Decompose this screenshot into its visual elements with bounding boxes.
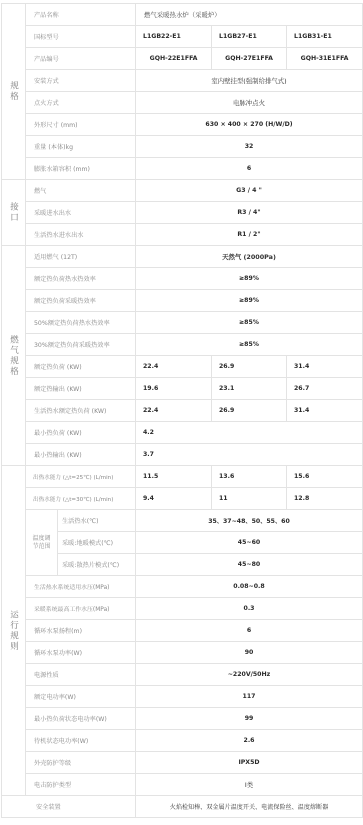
row-label: 国标型号: [26, 26, 136, 48]
row-label: 燃气: [26, 180, 136, 202]
row-value: 2.6: [136, 730, 363, 752]
table-row: 生活热水进水出水 R1 / 2": [2, 224, 363, 246]
row-label: 点火方式: [26, 92, 136, 114]
row-label: 生活热水额定热负荷 (KW): [26, 400, 136, 422]
row-value: R3 / 4": [136, 202, 363, 224]
row-value: 0.08~0.8: [136, 576, 363, 598]
table-row: 采暖进水出水 R3 / 4": [2, 202, 363, 224]
row-label: 电击防护类型: [26, 774, 136, 796]
row-value: I类: [136, 774, 363, 796]
row-value: 117: [136, 686, 363, 708]
group-interface: 接口: [2, 180, 26, 246]
row-value: 35、37~48、50、55、60: [136, 510, 363, 532]
table-row: 额定热负荷 (KW) 22.4 26.9 31.4: [2, 356, 363, 378]
row-value: 9.4: [136, 488, 212, 510]
row-label: 采暖:散热片模式(℃): [58, 554, 136, 576]
group-operation: 运行规则: [2, 466, 26, 796]
row-label: 额定热负荷 (KW): [26, 356, 136, 378]
group-gas-spec: 燃气规格: [2, 246, 26, 466]
row-label: 额定热负荷热水热效率: [26, 268, 136, 290]
row-value: 26.9: [212, 356, 287, 378]
table-row: 燃气规格 适用燃气 (12T) 天然气 (2000Pa): [2, 246, 363, 268]
row-label: 重量 (本体)kg: [26, 136, 136, 158]
row-value: 90: [136, 642, 363, 664]
table-row: 采暖系统最高工作水压(MPa) 0.3: [2, 598, 363, 620]
row-value: 19.6: [136, 378, 212, 400]
row-value: 45~80: [136, 554, 363, 576]
row-value: 26.9: [212, 400, 287, 422]
table-row: 膨胀水箱容积 (mm) 6: [2, 158, 363, 180]
row-value: 32: [136, 136, 363, 158]
table-row: 额定热负荷热水热效率 ≥89%: [2, 268, 363, 290]
row-label: 最小热输出 (KW): [26, 444, 136, 466]
row-value: 22.4: [136, 356, 212, 378]
row-value: GQH-27E1FFA: [212, 48, 287, 70]
row-label: 生活热水(℃): [58, 510, 136, 532]
table-row: 生活热水系统适用水压(MPa) 0.08~0.8: [2, 576, 363, 598]
table-row: 50%额定热负荷热水热效率 ≥85%: [2, 312, 363, 334]
row-value: 3.7: [136, 444, 363, 466]
row-label: 50%额定热负荷热水热效率: [26, 312, 136, 334]
row-label: 电源性质: [26, 664, 136, 686]
table-row: 规格 产品名称 燃气采暖热水炉（采暖炉）: [2, 4, 363, 26]
table-row: 额定电功率(W) 117: [2, 686, 363, 708]
table-row: 重量 (本体)kg 32: [2, 136, 363, 158]
row-label: 外壳防护等级: [26, 752, 136, 774]
row-label: 膨胀水箱容积 (mm): [26, 158, 136, 180]
table-row: 安装方式 室内壁挂型(强制给排气式): [2, 70, 363, 92]
row-label: 出热水能力 (△t=30℃) (L/min): [26, 488, 136, 510]
row-value: 630 × 400 × 270 (H/W/D): [136, 114, 363, 136]
row-label: 生活热水系统适用水压(MPa): [26, 576, 136, 598]
table-row: 30%额定热负荷采暖热效率 ≥85%: [2, 334, 363, 356]
row-value: 天然气 (2000Pa): [136, 246, 363, 268]
row-label: 安装方式: [26, 70, 136, 92]
row-value: 15.6: [287, 466, 363, 488]
row-label: 产品编号: [26, 48, 136, 70]
row-value: 电脉冲点火: [136, 92, 363, 114]
row-label: 额定热输出 (KW): [26, 378, 136, 400]
row-value: 99: [136, 708, 363, 730]
row-value: GQH-31E1FFA: [287, 48, 363, 70]
row-label: 循环水泵扬程(m): [26, 620, 136, 642]
row-label: 产品名称: [26, 4, 136, 26]
table-row: 点火方式 电脉冲点火: [2, 92, 363, 114]
row-value: 室内壁挂型(强制给排气式): [136, 70, 363, 92]
row-value: 6: [136, 158, 363, 180]
row-value: L1GB22-E1: [136, 26, 212, 48]
table-row: 接口 燃气 G3 / 4 ": [2, 180, 363, 202]
table-row: 最小热输出 (KW) 3.7: [2, 444, 363, 466]
row-value: 燃气采暖热水炉（采暖炉）: [136, 4, 363, 26]
row-label: 30%额定热负荷采暖热效率: [26, 334, 136, 356]
row-value: G3 / 4 ": [136, 180, 363, 202]
row-value: R1 / 2": [136, 224, 363, 246]
row-value: 11.5: [136, 466, 212, 488]
row-label: 额定电功率(W): [26, 686, 136, 708]
table-row: 运行规则 出热水能力 (△t=25℃) (L/min) 11.5 13.6 15…: [2, 466, 363, 488]
row-label: 最小热负荷状态电功率(W): [26, 708, 136, 730]
row-label: 采暖系统最高工作水压(MPa): [26, 598, 136, 620]
row-label: 外形尺寸 (mm): [26, 114, 136, 136]
table-row: 外壳防护等级 IPX5D: [2, 752, 363, 774]
spec-table: 规格 产品名称 燃气采暖热水炉（采暖炉） 国标型号 L1GB22-E1 L1GB…: [1, 3, 363, 818]
row-value: 4.2: [136, 422, 363, 444]
table-row: 循环水泵扬程(m) 6: [2, 620, 363, 642]
table-row: 电击防护类型 I类: [2, 774, 363, 796]
row-value: L1GB27-E1: [212, 26, 287, 48]
row-value: GQH-22E1FFA: [136, 48, 212, 70]
row-value: 0.3: [136, 598, 363, 620]
row-value: ≥85%: [136, 312, 363, 334]
group-spec: 规格: [2, 4, 26, 180]
row-label: 待机状态电功率(W): [26, 730, 136, 752]
row-value: 31.4: [287, 356, 363, 378]
row-value: ~220V/50Hz: [136, 664, 363, 686]
temp-range-label: 温度调节范围: [33, 535, 51, 550]
row-value: 火焰检知棒、双金属片温度开关、电流保险丝、温度熔断器: [136, 796, 363, 818]
table-row: 出热水能力 (△t=30℃) (L/min) 9.4 11 12.8: [2, 488, 363, 510]
row-value: 23.1: [212, 378, 287, 400]
row-value: ≥89%: [136, 268, 363, 290]
row-value: ≥89%: [136, 290, 363, 312]
group-temp-range: 温度调节范围: [26, 510, 58, 576]
row-value: 12.8: [287, 488, 363, 510]
table-row: 最小热负荷状态电功率(W) 99: [2, 708, 363, 730]
row-value: ≥85%: [136, 334, 363, 356]
table-row: 循环水泵功率(W) 90: [2, 642, 363, 664]
row-value: 26.7: [287, 378, 363, 400]
table-row: 待机状态电功率(W) 2.6: [2, 730, 363, 752]
table-row: 外形尺寸 (mm) 630 × 400 × 270 (H/W/D): [2, 114, 363, 136]
row-value: L1GB31-E1: [287, 26, 363, 48]
table-row: 最小热负荷 (KW) 4.2: [2, 422, 363, 444]
row-value: 45~60: [136, 532, 363, 554]
table-row: 温度调节范围 生活热水(℃) 35、37~48、50、55、60: [2, 510, 363, 532]
row-value: 6: [136, 620, 363, 642]
table-row: 产品编号 GQH-22E1FFA GQH-27E1FFA GQH-31E1FFA: [2, 48, 363, 70]
row-label: 适用燃气 (12T): [26, 246, 136, 268]
row-label: 采暖:地暖模式(℃): [58, 532, 136, 554]
row-value: 13.6: [212, 466, 287, 488]
table-row: 电源性质 ~220V/50Hz: [2, 664, 363, 686]
table-row: 国标型号 L1GB22-E1 L1GB27-E1 L1GB31-E1: [2, 26, 363, 48]
row-label: 循环水泵功率(W): [26, 642, 136, 664]
row-label: 生活热水进水出水: [26, 224, 136, 246]
row-label: 采暖进水出水: [26, 202, 136, 224]
row-value: 22.4: [136, 400, 212, 422]
row-value: IPX5D: [136, 752, 363, 774]
table-row: 生活热水额定热负荷 (KW) 22.4 26.9 31.4: [2, 400, 363, 422]
row-value: 11: [212, 488, 287, 510]
table-row: 额定热负荷采暖热效率 ≥89%: [2, 290, 363, 312]
table-row: 安全装置 火焰检知棒、双金属片温度开关、电流保险丝、温度熔断器: [2, 796, 363, 818]
row-label: 额定热负荷采暖热效率: [26, 290, 136, 312]
row-label: 出热水能力 (△t=25℃) (L/min): [26, 466, 136, 488]
row-label: 安全装置: [2, 796, 136, 818]
row-value: 31.4: [287, 400, 363, 422]
row-label: 最小热负荷 (KW): [26, 422, 136, 444]
table-row: 额定热输出 (KW) 19.6 23.1 26.7: [2, 378, 363, 400]
